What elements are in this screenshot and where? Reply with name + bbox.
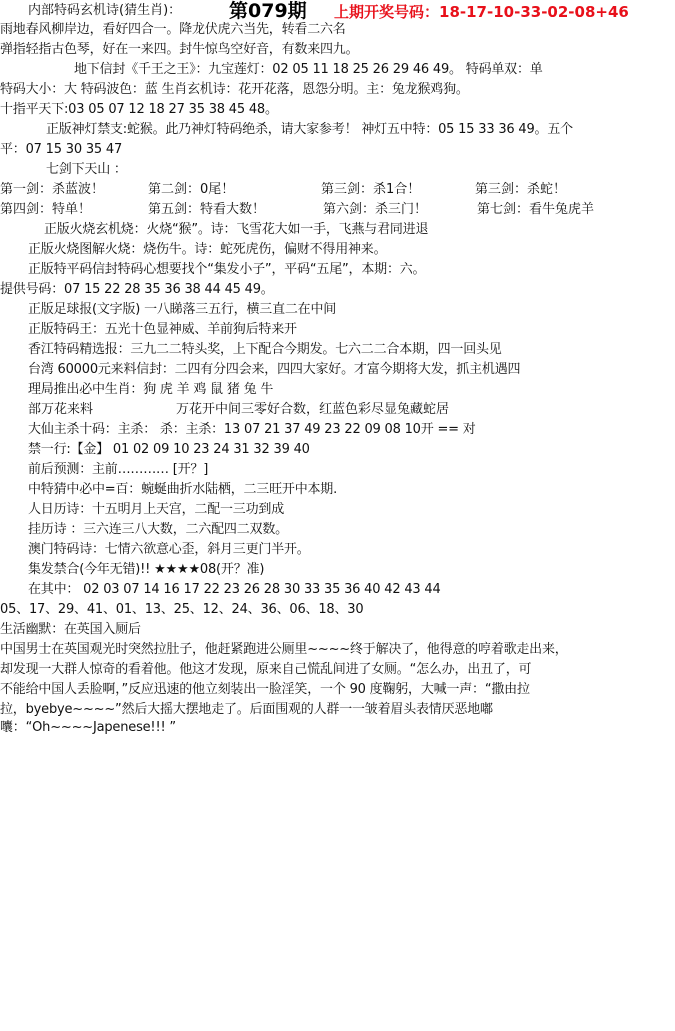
sword-1: 第一剑：杀蓝波！ [0, 181, 104, 199]
flower-text: 万花开中间三零好合数，红蓝色彩尽显兔藏蛇居 [176, 401, 449, 419]
seven-swords-title: 七剑下天山 ： [46, 161, 127, 179]
humor-title: 生活幽默：在英国入厕后 [0, 621, 141, 639]
fire-line-2: 正版火烧图解火烧：烧伤牛。诗：蛇死虎伤，偏财不得用神来。 [28, 241, 386, 259]
sword-4: 第四剑：特单！ [0, 201, 91, 219]
tip-football: 正版足球报(文字版) 一八睇落三五行，横三直二在中间 [28, 301, 336, 319]
humor-line-2: 却发现一大群人惊奇的看着他。他这才发现，原来自己慌乱间进了女厕。“怎么办，出丑了… [0, 661, 531, 679]
tip-hongkong: 香江特码精选报：三九二二特头奖，上下配合今期发。七六二二合本期，四一回头见 [28, 341, 502, 359]
sword-5: 第五剑：特看大数！ [148, 201, 265, 219]
sword-7: 第七剑：看牛兔虎羊 [477, 201, 594, 219]
humor-line-5: 囔：“Oh~~~~Japenese!!! ” [0, 719, 176, 737]
flower-label: 部万花来料 [28, 401, 93, 419]
last-draw-result: 上期开奖号码：18-17-10-33-02-08+46 [334, 2, 629, 22]
poem-line-1: 雨地春风柳岸边，看好四合一。降龙伏虎六当先，转看二六名 [0, 21, 346, 39]
poem-section-title: 内部特码玄机诗(猜生肖)： [28, 2, 181, 20]
humor-line-4: 拉，byebye~~~~”然后大摇大摆地走了。后面围观的人群一一皱着眉头表情厌恶… [0, 701, 493, 719]
last-draw-numbers: 18-17-10-33-02-08+46 [439, 3, 629, 21]
fire-line-1: 正版火烧玄机烧：火烧“猴”。诗：飞雪花大如一手，飞燕与君同进退 [44, 221, 428, 239]
sword-6: 第六剑：杀三门！ [323, 201, 427, 219]
issue-number: 第079期 [229, 0, 307, 23]
lamp-line-1: 正版神灯禁支:蛇猴。此乃神灯特码绝杀，请大家参考！ 神灯五中特：05 15 33… [46, 121, 573, 139]
sword-3b: 第三剑：杀蛇！ [475, 181, 566, 199]
underground-letter-line-2: 特码大小：大 特码波色：蓝 生肖玄机诗：花开花落，恩怨分明。主：兔龙猴鸡狗。 [0, 81, 469, 99]
lamp-line-2: 平：07 15 30 35 47 [0, 141, 122, 159]
tip-king: 正版特码王：五光十色显神威、羊前狗后特来开 [28, 321, 297, 339]
prediction-line: 前后预测：主前………… [开？] [28, 461, 208, 479]
sword-3: 第三剑：杀1合！ [321, 181, 420, 199]
poem-line-2: 弹指轻指古色琴，好在一来四。封牛惊鸟空好音，有数来四九。 [0, 41, 358, 59]
humor-line-1: 中国男士在英国观光时突然拉肚子，他赶紧跑进公厕里~~~~终于解决了，他得意的哼着… [0, 641, 568, 659]
flat-code-letter: 正版特平码信封特码心想要找个“集发小子”，平码“五尾”，本期：六。 [28, 261, 425, 279]
jifa-line: 集发禁合(今年无错)!! ★★★★08(开？准) [28, 561, 264, 579]
last-draw-label: 上期开奖号码： [334, 3, 439, 21]
sequence-line: 05、17、29、41、01、13、25、12、24、36、06、18、30 [0, 601, 363, 619]
calendar-poem-line: 人日历诗：十五明月上天宫，二配一三功到成 [28, 501, 284, 519]
among-line: 在其中： 02 03 07 14 16 17 22 23 26 28 30 33… [28, 581, 441, 599]
guess-line: 中特猜中必中=百：蜿蜒曲折水陆栖，二三旺开中本期. [28, 481, 337, 499]
daxian-line: 大仙主杀十码：主杀： 杀：主杀：13 07 21 37 49 23 22 09 … [28, 421, 476, 439]
underground-letter-line-1: 地下信封《千王之王》：九宝莲灯：02 05 11 18 25 26 29 46 … [74, 61, 543, 79]
tip-taiwan: 台湾 60000元来料信封：二四有分四会来，四四大家好。才富今期将大发，抓主机遇… [28, 361, 520, 379]
provided-numbers: 提供号码：07 15 22 28 35 36 38 44 45 49。 [0, 281, 274, 299]
forbidden-line: 禁一行:【金】 01 02 09 10 23 24 31 32 39 40 [28, 441, 310, 459]
tip-zodiac: 理局推出必中生肖：狗 虎 羊 鸡 鼠 猪 兔 牛 [28, 381, 273, 399]
sword-2: 第二剑：0尾！ [148, 181, 234, 199]
macau-poem-line: 澳门特码诗：七情六欲意心歪，斜月三更门半开。 [28, 541, 310, 559]
hang-poem-line: 挂历诗 ：三六连三八大数，二六配四二双数。 [28, 521, 288, 539]
humor-line-3: 不能给中国人丢脸啊，”反应迅速的他立刻装出一脸淫笑，一个 90 度鞠躬，大喊一声… [0, 681, 530, 699]
ten-fingers-line: 十指平天下:03 05 07 12 18 27 35 38 45 48。 [0, 101, 278, 119]
